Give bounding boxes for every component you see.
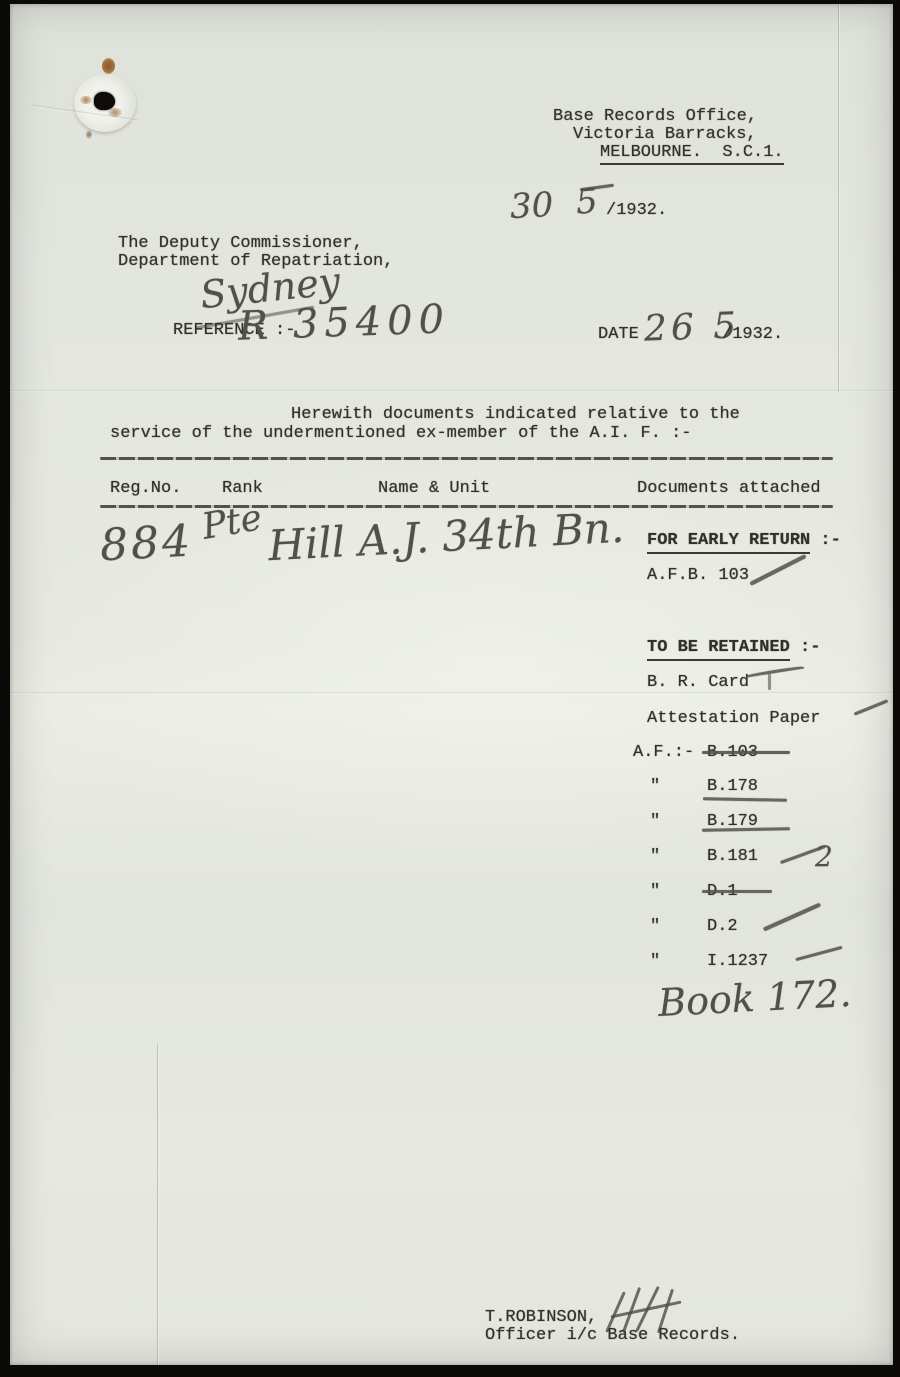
retained-heading: TO BE RETAINED :- (647, 639, 820, 656)
strikethrough (702, 827, 790, 832)
tick-mark (768, 674, 771, 690)
date-label: DATE (598, 326, 639, 343)
retained-item: B.178 (707, 778, 758, 795)
underline-mark (703, 797, 787, 801)
letterhead-office: Base Records Office, (553, 108, 757, 125)
retained-item-prefix: " (650, 848, 660, 865)
addressee-line1: The Deputy Commissioner, (118, 235, 363, 252)
typed-year: /1932. (606, 202, 667, 219)
signatory-title: Officer i/c Base Records. (485, 1327, 740, 1344)
retained-item: B.181 (707, 848, 758, 865)
pin-hole (94, 92, 115, 110)
strikethrough (702, 890, 772, 893)
early-return-heading: FOR EARLY RETURN :- (647, 532, 841, 549)
col-header-documents: Documents attached (637, 480, 821, 497)
retained-item-prefix: " (650, 813, 660, 830)
handwritten-book-note: Book 172. (657, 971, 852, 1025)
table-rule-top (100, 457, 833, 460)
tick-mark (795, 946, 842, 961)
strikethrough (702, 751, 790, 754)
entry-name-unit: Hill A.J. 34th Bn. (267, 503, 625, 571)
retained-item-prefix: " (650, 953, 660, 970)
tick-mark (749, 554, 806, 586)
tick-mark (746, 665, 804, 677)
typed-date-year: /1932. (722, 326, 783, 343)
retained-item: Attestation Paper (647, 710, 820, 727)
letterhead-city: MELBOURNE. S.C.1. (600, 144, 784, 165)
signatory-name: T.ROBINSON, (485, 1309, 597, 1326)
handwritten-reference-number: R 35400 (237, 296, 451, 349)
crease-line (10, 692, 893, 693)
entry-reg-no: 884 (99, 516, 195, 572)
crease-line (157, 1044, 158, 1365)
col-header-name-unit: Name & Unit (378, 480, 490, 497)
retained-item-prefix: " (650, 883, 660, 900)
col-header-regno: Reg.No. (110, 480, 181, 497)
retained-item-prefix: A.F.:- (633, 744, 694, 761)
early-return-heading-text: FOR EARLY RETURN (647, 531, 810, 554)
retained-item: I.1237 (707, 953, 768, 970)
body-line2: service of the undermentioned ex-member … (110, 425, 692, 442)
crease-line (838, 4, 839, 392)
retained-item: D.2 (707, 918, 738, 935)
retained-heading-text: TO BE RETAINED (647, 638, 790, 661)
retained-item-prefix: " (650, 918, 660, 935)
scanned-letter-page: { "letterhead": { "office": "Base Record… (0, 0, 900, 1377)
handwritten-day: 30 (509, 185, 554, 227)
entry-rank: Pte (199, 497, 265, 548)
early-return-item: A.F.B. 103 (647, 567, 749, 584)
body-line1: Herewith documents indicated relative to… (291, 406, 740, 423)
letterhead-barracks: Victoria Barracks, (573, 126, 757, 143)
col-header-rank: Rank (222, 480, 263, 497)
tick-mark (854, 699, 889, 715)
handwritten-quantity: 2 (815, 840, 833, 873)
retained-heading-suffix: :- (790, 638, 821, 657)
rust-stain (80, 96, 92, 104)
crease-line (10, 390, 893, 391)
tick-mark (763, 903, 821, 932)
early-return-heading-suffix: :- (810, 531, 841, 550)
retained-item-prefix: " (650, 778, 660, 795)
paper-sheet: Base Records Office, Victoria Barracks, … (10, 4, 893, 1365)
rust-stain (86, 130, 92, 139)
retained-item: B. R. Card (647, 674, 749, 691)
rust-stain (102, 58, 115, 74)
